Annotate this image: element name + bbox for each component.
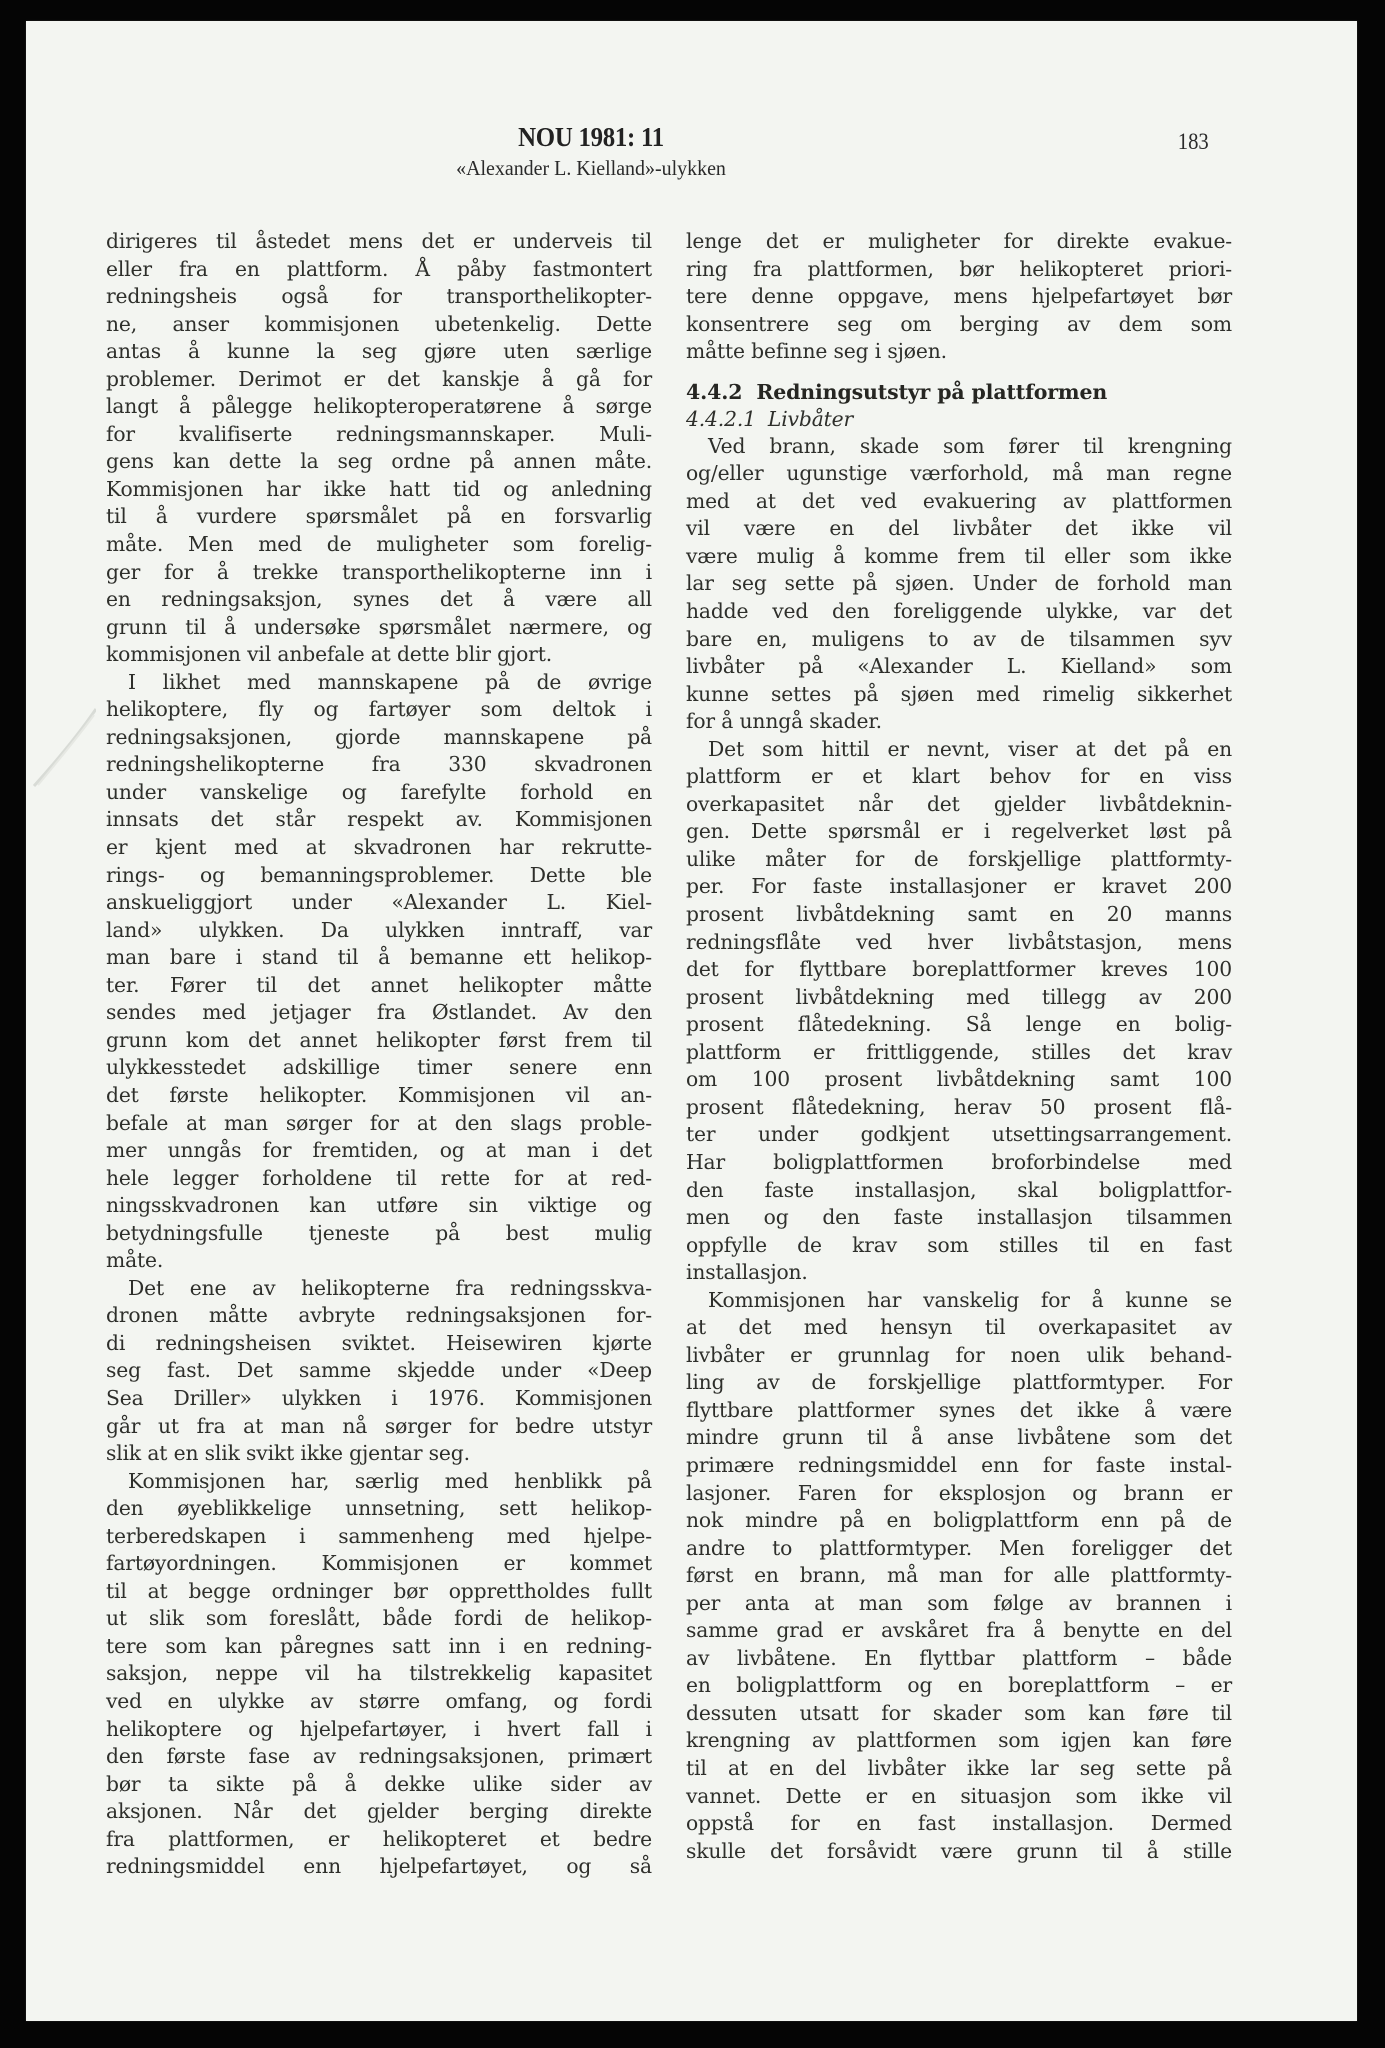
text-line: saksjon, neppe vil ha tilstrekkelig kapa… — [106, 1660, 652, 1688]
text-line: nok mindre på en boligplattform enn på d… — [686, 1507, 1232, 1535]
text-line: vil være en del livbåter det ikke vil — [686, 515, 1232, 543]
text-line: det for flyttbare boreplattformer kreves… — [686, 956, 1232, 984]
text-line: til at begge ordninger bør opprettholdes… — [106, 1578, 652, 1606]
text-line: krengning av plattformen som igjen kan f… — [686, 1727, 1232, 1755]
subsection-number: 4.4.2.1 — [686, 407, 756, 431]
text-line: vannet. Dette er en situasjon som ikke v… — [686, 1783, 1232, 1811]
text-line: om 100 prosent livbåtdekning samt 100 — [686, 1066, 1232, 1094]
text-line: måtte befinne seg i sjøen. — [686, 338, 1232, 366]
text-line: lar seg sette på sjøen. Under de forhold… — [686, 570, 1232, 598]
text-line: Har boligplattformen broforbindelse med — [686, 1149, 1232, 1177]
text-line: er kjent med at skvadronen har rekrutte- — [106, 834, 652, 862]
text-line: mer unngås for fremtiden, og at man i de… — [106, 1137, 652, 1165]
right-column: lenge det er muligheter for direkte evak… — [686, 228, 1232, 1865]
text-line: av livbåtene. En flyttbar plattform – bå… — [686, 1645, 1232, 1673]
text-line: hele legger forholdene til rette for at … — [106, 1165, 652, 1193]
text-line: ulykkesstedet adskillige timer senere en… — [106, 1054, 652, 1082]
page-number: 183 — [1178, 129, 1209, 155]
text-line: lenge det er muligheter for direkte evak… — [686, 228, 1232, 256]
text-line: den faste installasjon, skal boligplattf… — [686, 1177, 1232, 1205]
text-line: for kvalifiserte redningsmannskaper. Mul… — [106, 421, 652, 449]
text-line: eller fra en plattform. Å påby fastmonte… — [106, 256, 652, 284]
text-line: helikoptere, fly og fartøyer som deltok … — [106, 696, 652, 724]
text-line: for å unngå skader. — [686, 708, 1232, 736]
text-line: oppfylle de krav som stilles til en fast — [686, 1232, 1232, 1260]
text-line: den øyeblikkelige unnsetning, sett helik… — [106, 1495, 652, 1523]
text-line: dronen måtte avbryte redningsaksjonen fo… — [106, 1302, 652, 1330]
text-line: samme grad er avskåret fra å benytte en … — [686, 1617, 1232, 1645]
text-line: grunn til å undersøke spørsmålet nærmere… — [106, 614, 652, 642]
text-line: kunne settes på sjøen med rimelig sikker… — [686, 681, 1232, 709]
text-line: Det som hittil er nevnt, viser at det på… — [686, 736, 1232, 764]
page-header: NOU 1981: 11 «Alexander L. Kielland»-uly… — [26, 21, 1357, 221]
text-line: med at det ved evakuering av plattformen — [686, 488, 1232, 516]
text-line: aksjonen. Når det gjelder berging direkt… — [106, 1798, 652, 1826]
section-title: Redningsutstyr på plattformen — [756, 380, 1107, 404]
text-line: prosent livbåtdekning samt en 20 manns — [686, 901, 1232, 929]
text-line: anskueliggjort under «Alexander L. Kiel- — [106, 889, 652, 917]
text-line: redningsheis også for transporthelikopte… — [106, 283, 652, 311]
left-column: dirigeres til åstedet mens det er underv… — [106, 228, 652, 1881]
text-line: plattform er frittliggende, stilles det … — [686, 1039, 1232, 1067]
text-line: en redningsaksjon, synes det å være all — [106, 586, 652, 614]
text-line: men og den faste installasjon tilsammen — [686, 1204, 1232, 1232]
text-line: prosent livbåtdekning med tillegg av 200 — [686, 984, 1232, 1012]
text-line: helikoptere og hjelpefartøyer, i hvert f… — [106, 1716, 652, 1744]
text-line: oppstå for en fast installasjon. Dermed — [686, 1810, 1232, 1838]
text-line: flyttbare plattformer synes det ikke å v… — [686, 1397, 1232, 1425]
subsection-title: Livbåter — [768, 407, 853, 431]
text-line: fra plattformen, er helikopteret et bedr… — [106, 1826, 652, 1854]
text-line: gen. Dette spørsmål er i regelverket løs… — [686, 818, 1232, 846]
section-number: 4.4.2 — [686, 380, 742, 404]
text-line: ne, anser kommisjonen ubetenkelig. Dette — [106, 311, 652, 339]
text-line: går ut fra at man nå sørger for bedre ut… — [106, 1413, 652, 1441]
text-line: kommisjonen vil anbefale at dette blir g… — [106, 641, 652, 669]
text-line: Sea Driller» ulykken i 1976. Kommisjonen — [106, 1385, 652, 1413]
text-line: sendes med jetjager fra Østlandet. Av de… — [106, 999, 652, 1027]
text-line: ger for å trekke transporthelikopterne i… — [106, 559, 652, 587]
text-line: livbåter på «Alexander L. Kielland» som — [686, 653, 1232, 681]
text-line: måte. Men med de muligheter som forelig- — [106, 531, 652, 559]
text-line: hadde ved den foreliggende ulykke, var d… — [686, 598, 1232, 626]
text-line: dessuten utsatt for skader som kan føre … — [686, 1700, 1232, 1728]
text-line: grunn kom det annet helikopter først fre… — [106, 1027, 652, 1055]
text-line: ring fra plattformen, bør helikopteret p… — [686, 256, 1232, 284]
document-title: NOU 1981: 11 — [439, 122, 743, 153]
text-line: seg fast. Det samme skjedde under «Deep — [106, 1357, 652, 1385]
text-line: gens kan dette la seg ordne på annen måt… — [106, 448, 652, 476]
text-line: Ved brann, skade som fører til krengning — [686, 433, 1232, 461]
subsection-heading: 4.4.2.1Livbåter — [686, 406, 1232, 433]
text-line: slik at en slik svikt ikke gjentar seg. — [106, 1440, 652, 1468]
document-page: NOU 1981: 11 «Alexander L. Kielland»-uly… — [26, 21, 1357, 2021]
text-line: bare en, muligens to av de tilsammen syv — [686, 626, 1232, 654]
text-line: land» ulykken. Da ulykken inntraff, var — [106, 917, 652, 945]
text-line: fartøyordningen. Kommisjonen er kommet — [106, 1550, 652, 1578]
text-line: problemer. Derimot er det kanskje å gå f… — [106, 366, 652, 394]
text-line: den første fase av redningsaksjonen, pri… — [106, 1743, 652, 1771]
text-line: andre to plattformtyper. Men foreligger … — [686, 1535, 1232, 1563]
text-line: ulike måter for de forskjellige plattfor… — [686, 846, 1232, 874]
text-line: prosent flåtedekning. Så lenge en bolig- — [686, 1011, 1232, 1039]
text-line: ved en ulykke av større omfang, og fordi — [106, 1688, 652, 1716]
document-subtitle: «Alexander L. Kielland»-ulykken — [425, 156, 758, 181]
text-line: redningsaksjonen, gjorde mannskapene på — [106, 724, 652, 752]
text-line: bør ta sikte på å dekke ulike sider av — [106, 1771, 652, 1799]
text-line: livbåter er grunnlag for noen ulik behan… — [686, 1342, 1232, 1370]
text-line: være mulig å komme frem til eller som ik… — [686, 543, 1232, 571]
paper-crease-mark — [26, 701, 96, 791]
text-line: redningsflåte ved hver livbåtstasjon, me… — [686, 929, 1232, 957]
text-line: redningsmiddel enn hjelpefartøyet, og så — [106, 1853, 652, 1881]
text-line: langt å pålegge helikopteroperatørene å … — [106, 393, 652, 421]
text-line: en boligplattform og en boreplattform – … — [686, 1672, 1232, 1700]
text-line: I likhet med mannskapene på de øvrige — [106, 669, 652, 697]
text-line: terberedskapen i sammenheng med hjelpe- — [106, 1523, 652, 1551]
text-line: under vanskelige og farefylte forhold en — [106, 779, 652, 807]
text-line: Kommisjonen har vanskelig for å kunne se — [686, 1287, 1232, 1315]
text-line: konsentrere seg om berging av dem som — [686, 311, 1232, 339]
text-line: tere som kan påregnes satt inn i en redn… — [106, 1633, 652, 1661]
text-line: primære redningsmiddel enn for faste ins… — [686, 1452, 1232, 1480]
text-line: ter under godkjent utsettingsarrangement… — [686, 1121, 1232, 1149]
text-line: overkapasitet når det gjelder livbåtdekn… — [686, 791, 1232, 819]
text-line: ningsskvadronen kan utføre sin viktige o… — [106, 1192, 652, 1220]
text-line: innsats det står respekt av. Kommisjonen — [106, 806, 652, 834]
text-line: Kommisjonen har, særlig med henblikk på — [106, 1468, 652, 1496]
section-heading: 4.4.2Redningsutstyr på plattformen — [686, 378, 1232, 406]
text-line: til å vurdere spørsmålet på en forsvarli… — [106, 503, 652, 531]
text-line: Kommisjonen har ikke hatt tid og anledni… — [106, 476, 652, 504]
text-line: befale at man sørger for at den slags pr… — [106, 1110, 652, 1138]
text-line: mindre grunn til å anse livbåtene som de… — [686, 1424, 1232, 1452]
text-line: betydningsfulle tjeneste på best mulig — [106, 1220, 652, 1248]
text-line: dirigeres til åstedet mens det er underv… — [106, 228, 652, 256]
text-line: per. For faste installasjoner er kravet … — [686, 873, 1232, 901]
text-line: prosent flåtedekning, herav 50 prosent f… — [686, 1094, 1232, 1122]
text-line: man bare i stand til å bemanne ett helik… — [106, 944, 652, 972]
text-line: at det med hensyn til overkapasitet av — [686, 1314, 1232, 1342]
text-line: tere denne oppgave, mens hjelpefartøyet … — [686, 283, 1232, 311]
text-line: det første helikopter. Kommisjonen vil a… — [106, 1082, 652, 1110]
text-line: skulle det forsåvidt være grunn til å st… — [686, 1838, 1232, 1866]
text-line: ut slik som foreslått, både fordi de hel… — [106, 1605, 652, 1633]
text-line: rings- og bemanningsproblemer. Dette ble — [106, 862, 652, 890]
text-line: til at en del livbåter ikke lar seg sett… — [686, 1755, 1232, 1783]
text-line: di redningsheisen sviktet. Heisewiren kj… — [106, 1330, 652, 1358]
text-line: plattform er et klart behov for en viss — [686, 763, 1232, 791]
text-line: Det ene av helikopterne fra redningsskva… — [106, 1275, 652, 1303]
text-line: lasjoner. Faren for eksplosjon og brann … — [686, 1480, 1232, 1508]
text-line: antas å kunne la seg gjøre uten særlige — [106, 338, 652, 366]
text-line: først en brann, må man for alle plattfor… — [686, 1562, 1232, 1590]
text-line: ter. Fører til det annet helikopter mått… — [106, 972, 652, 1000]
text-line: per anta at man som følge av brannen i — [686, 1590, 1232, 1618]
text-line: og/eller ugunstige værforhold, må man re… — [686, 460, 1232, 488]
text-line: redningshelikopterne fra 330 skvadronen — [106, 751, 652, 779]
text-line: installasjon. — [686, 1259, 1232, 1287]
text-line: ling av de forskjellige plattformtyper. … — [686, 1369, 1232, 1397]
text-line: måte. — [106, 1247, 652, 1275]
